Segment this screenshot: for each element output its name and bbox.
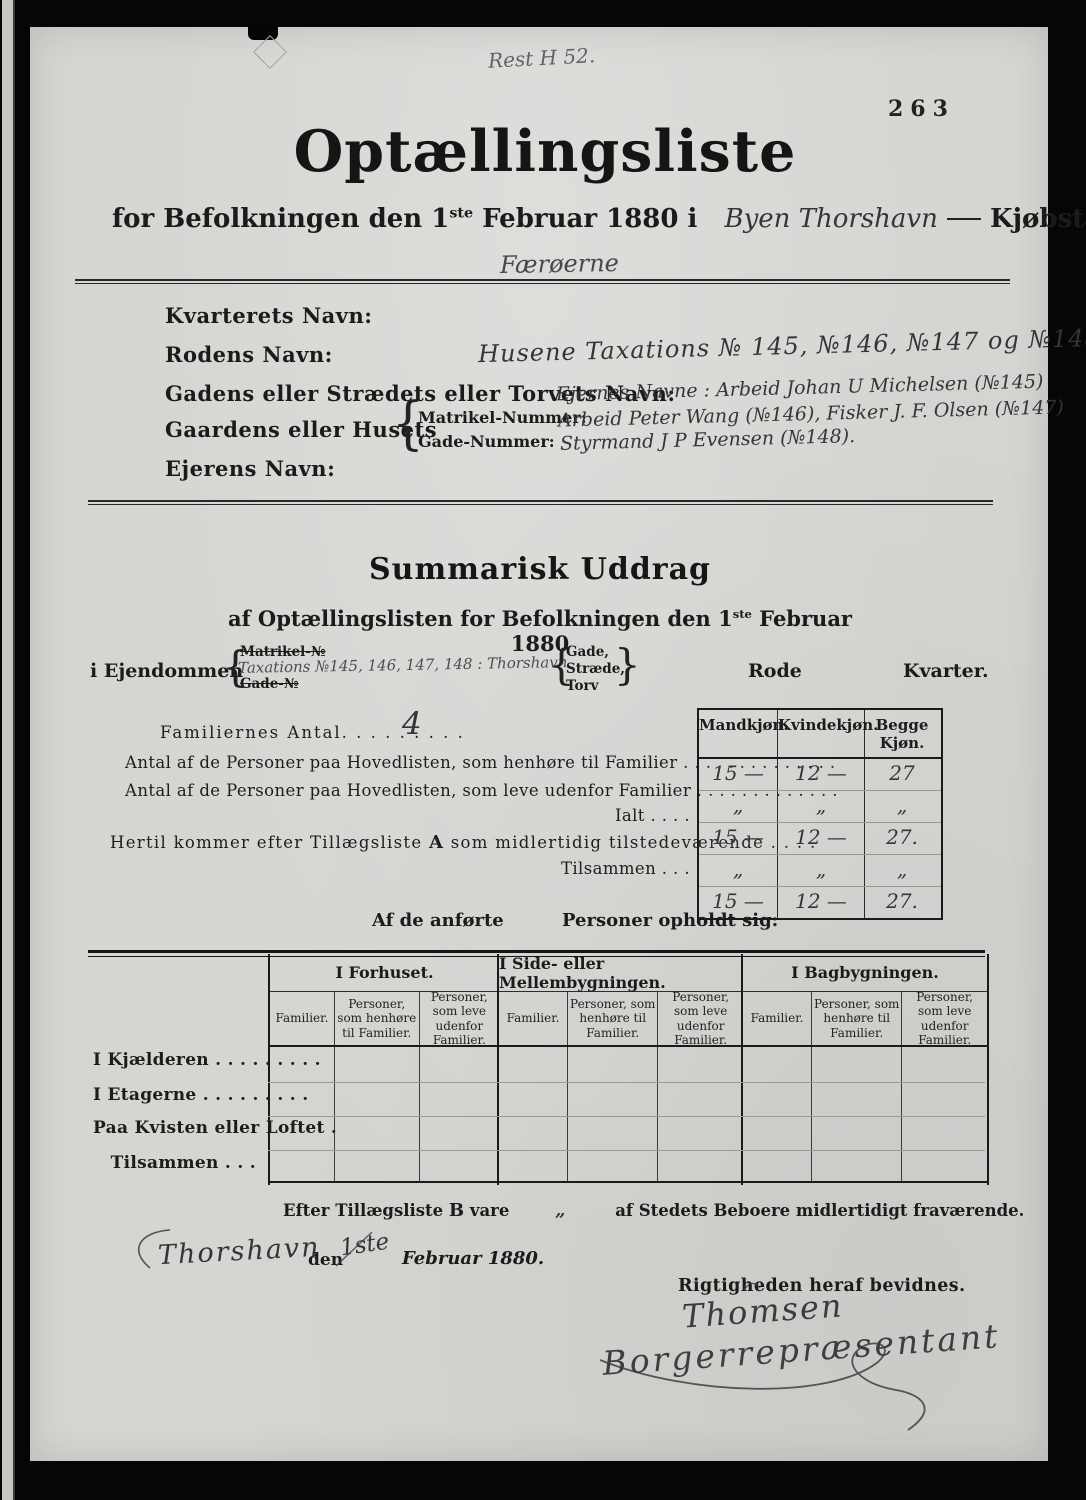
empty-cell	[743, 1047, 811, 1181]
tillaeg-a-letter: A	[429, 832, 444, 853]
subtitle-prefix: for Befolkningen den 1	[112, 204, 449, 234]
cell-value: 12 —	[777, 759, 865, 790]
group-title: I Side- eller Mellembygningen.	[499, 954, 743, 992]
subheader-familier: Familier.	[270, 992, 334, 1045]
cell-value: 27.	[865, 887, 939, 918]
header-kvindekjoen: Kvindekjøn.	[777, 710, 865, 757]
subtitle-superscript: ste	[449, 205, 473, 221]
subheader-familier: Familier.	[743, 992, 811, 1045]
cell-value: „	[865, 791, 939, 822]
tillaegsliste-b-line: Efter Tillægsliste B vare „ af Stedets B…	[283, 1200, 1024, 1221]
empty-cell	[270, 1047, 334, 1181]
cell-value: „	[777, 791, 865, 822]
subheader-udenfor: Personer, som leve udenfor Familier.	[658, 992, 743, 1045]
divider-rule-top	[75, 279, 1010, 284]
summary-heading: Summarisk Uddrag	[280, 552, 800, 587]
tillaeg-b-prefix: Efter Tillægsliste	[283, 1201, 449, 1220]
cell-value: 15 —	[699, 759, 777, 790]
rode-column-label: Rode	[748, 660, 802, 682]
rowlabel-tilsammen: Tilsammen . . .	[88, 1153, 256, 1173]
table-row: 15 — 12 — 27.	[699, 822, 941, 854]
cell-value: 27	[865, 759, 939, 790]
row-divider	[268, 1150, 985, 1151]
occupancy-table-grid: I Forhuset. Familier. Personer, som henh…	[268, 954, 985, 1185]
option-torv: Torv	[566, 678, 598, 695]
summary-subheading-prefix: af Optællingslisten for Befolkningen den…	[228, 606, 733, 631]
empty-cell	[902, 1047, 987, 1181]
cell-value: 12 —	[777, 887, 865, 918]
header-begge-kjoen: Begge Kjøn.	[865, 710, 939, 757]
subheader-row: Familier. Personer, som henhøre til Fami…	[743, 992, 987, 1047]
empty-cell	[811, 1047, 903, 1181]
subtitle-suffix: Kjøbstad.	[990, 204, 1086, 234]
cell-value: 12 —	[777, 823, 865, 854]
tillaeg-a-prefix: Hertil kommer efter Tillægsliste	[110, 833, 429, 852]
date-printed: Februar 1880.	[402, 1248, 544, 1269]
row-tilsammen-label: Tilsammen . . .	[540, 859, 690, 878]
subheader-row: Familier. Personer, som henhøre til Fami…	[499, 992, 743, 1047]
empty-cell	[334, 1047, 420, 1181]
scan-edge-strip	[2, 0, 13, 1500]
subheader-udenfor: Personer, som leve udenfor Familier.	[902, 992, 987, 1045]
row-ialt-label: Ialt . . . .	[555, 806, 690, 825]
subtitle-mid: Februar 1880 i	[473, 204, 697, 234]
field-kvarterets-navn: Kvarterets Navn:	[165, 303, 372, 328]
occupancy-intro-left: Af de anførte	[372, 910, 504, 931]
header-mandkjoen: Mandkjøn.	[699, 710, 777, 757]
region-handwritten: Færøerne	[500, 249, 619, 279]
form-subtitle: for Befolkningen den 1ste Februar 1880 i…	[112, 204, 957, 234]
familiernes-antal-value: 4	[402, 706, 422, 742]
ejendommen-gade-no: Gade-№	[240, 676, 299, 693]
cell-value: „	[699, 855, 777, 886]
form-title: Optællingsliste	[160, 118, 930, 185]
summary-table-header-row: Mandkjøn. Kvindekjøn. Begge Kjøn.	[699, 710, 941, 759]
occupancy-intro-right: Personer opholdt sig:	[562, 910, 778, 931]
group-title: I Bagbygningen.	[743, 954, 987, 992]
subheader-familier: Familier.	[499, 992, 567, 1045]
divider-rule-mid	[88, 500, 993, 505]
table-row: „ „ „	[699, 790, 941, 822]
row-divider	[268, 1082, 985, 1083]
kvarter-column-label: Kvarter.	[903, 660, 989, 682]
table-row: „ „ „	[699, 854, 941, 886]
brace-gade-close: }	[614, 644, 641, 686]
place-name-handwritten: Byen Thorshavn	[724, 204, 937, 234]
summary-subheading-sup: ste	[733, 607, 752, 621]
ejendommen-label: i Ejendommen	[90, 660, 243, 682]
den-label: den	[308, 1250, 343, 1270]
data-cells	[499, 1047, 743, 1183]
subheader-row: Familier. Personer, som henhøre til Fami…	[270, 992, 499, 1047]
cell-value: 27.	[865, 823, 939, 854]
tillaeg-b-mid: vare	[464, 1201, 509, 1220]
group-title: I Forhuset.	[270, 954, 499, 992]
empty-cell	[499, 1047, 567, 1181]
scan-edge-line	[13, 0, 15, 1500]
tillaeg-b-handwritten-mark: „	[555, 1200, 565, 1221]
subheader-henhoere: Personer, som henhøre til Familier.	[811, 992, 902, 1045]
field-gade-nummer: Gade-Nummer:	[418, 432, 555, 451]
empty-cell	[567, 1047, 659, 1181]
summary-count-table: Mandkjøn. Kvindekjøn. Begge Kjøn. 15 — 1…	[697, 708, 943, 920]
table-row: 15 — 12 — 27	[699, 759, 941, 790]
tillaeg-b-suffix: af Stedets Beboere midlertidigt fraværen…	[615, 1201, 1024, 1220]
subheader-henhoere: Personer, som henhøre til Familier.	[567, 992, 658, 1045]
empty-cell	[420, 1047, 499, 1181]
tillaeg-b-letter: B	[449, 1200, 464, 1221]
field-ejerens-navn: Ejerens Navn:	[165, 456, 335, 481]
option-gade: Gade,	[566, 644, 609, 661]
data-cells	[270, 1047, 499, 1183]
cell-value: „	[777, 855, 865, 886]
cell-value: 15 —	[699, 823, 777, 854]
occupancy-table: I Kjælderen . . . . . . . . . I Etagerne…	[88, 950, 985, 1185]
row-divider	[268, 1116, 985, 1117]
subheader-henhoere: Personer, som henhøre til Familier.	[334, 992, 420, 1045]
field-rodens-navn: Rodens Navn:	[165, 342, 333, 367]
cell-value: „	[865, 855, 939, 886]
subheader-udenfor: Personer, som leve udenfor Familier.	[420, 992, 499, 1045]
blank-line	[947, 218, 981, 220]
data-cells	[743, 1047, 987, 1183]
empty-cell	[658, 1047, 743, 1181]
cell-value: „	[699, 791, 777, 822]
